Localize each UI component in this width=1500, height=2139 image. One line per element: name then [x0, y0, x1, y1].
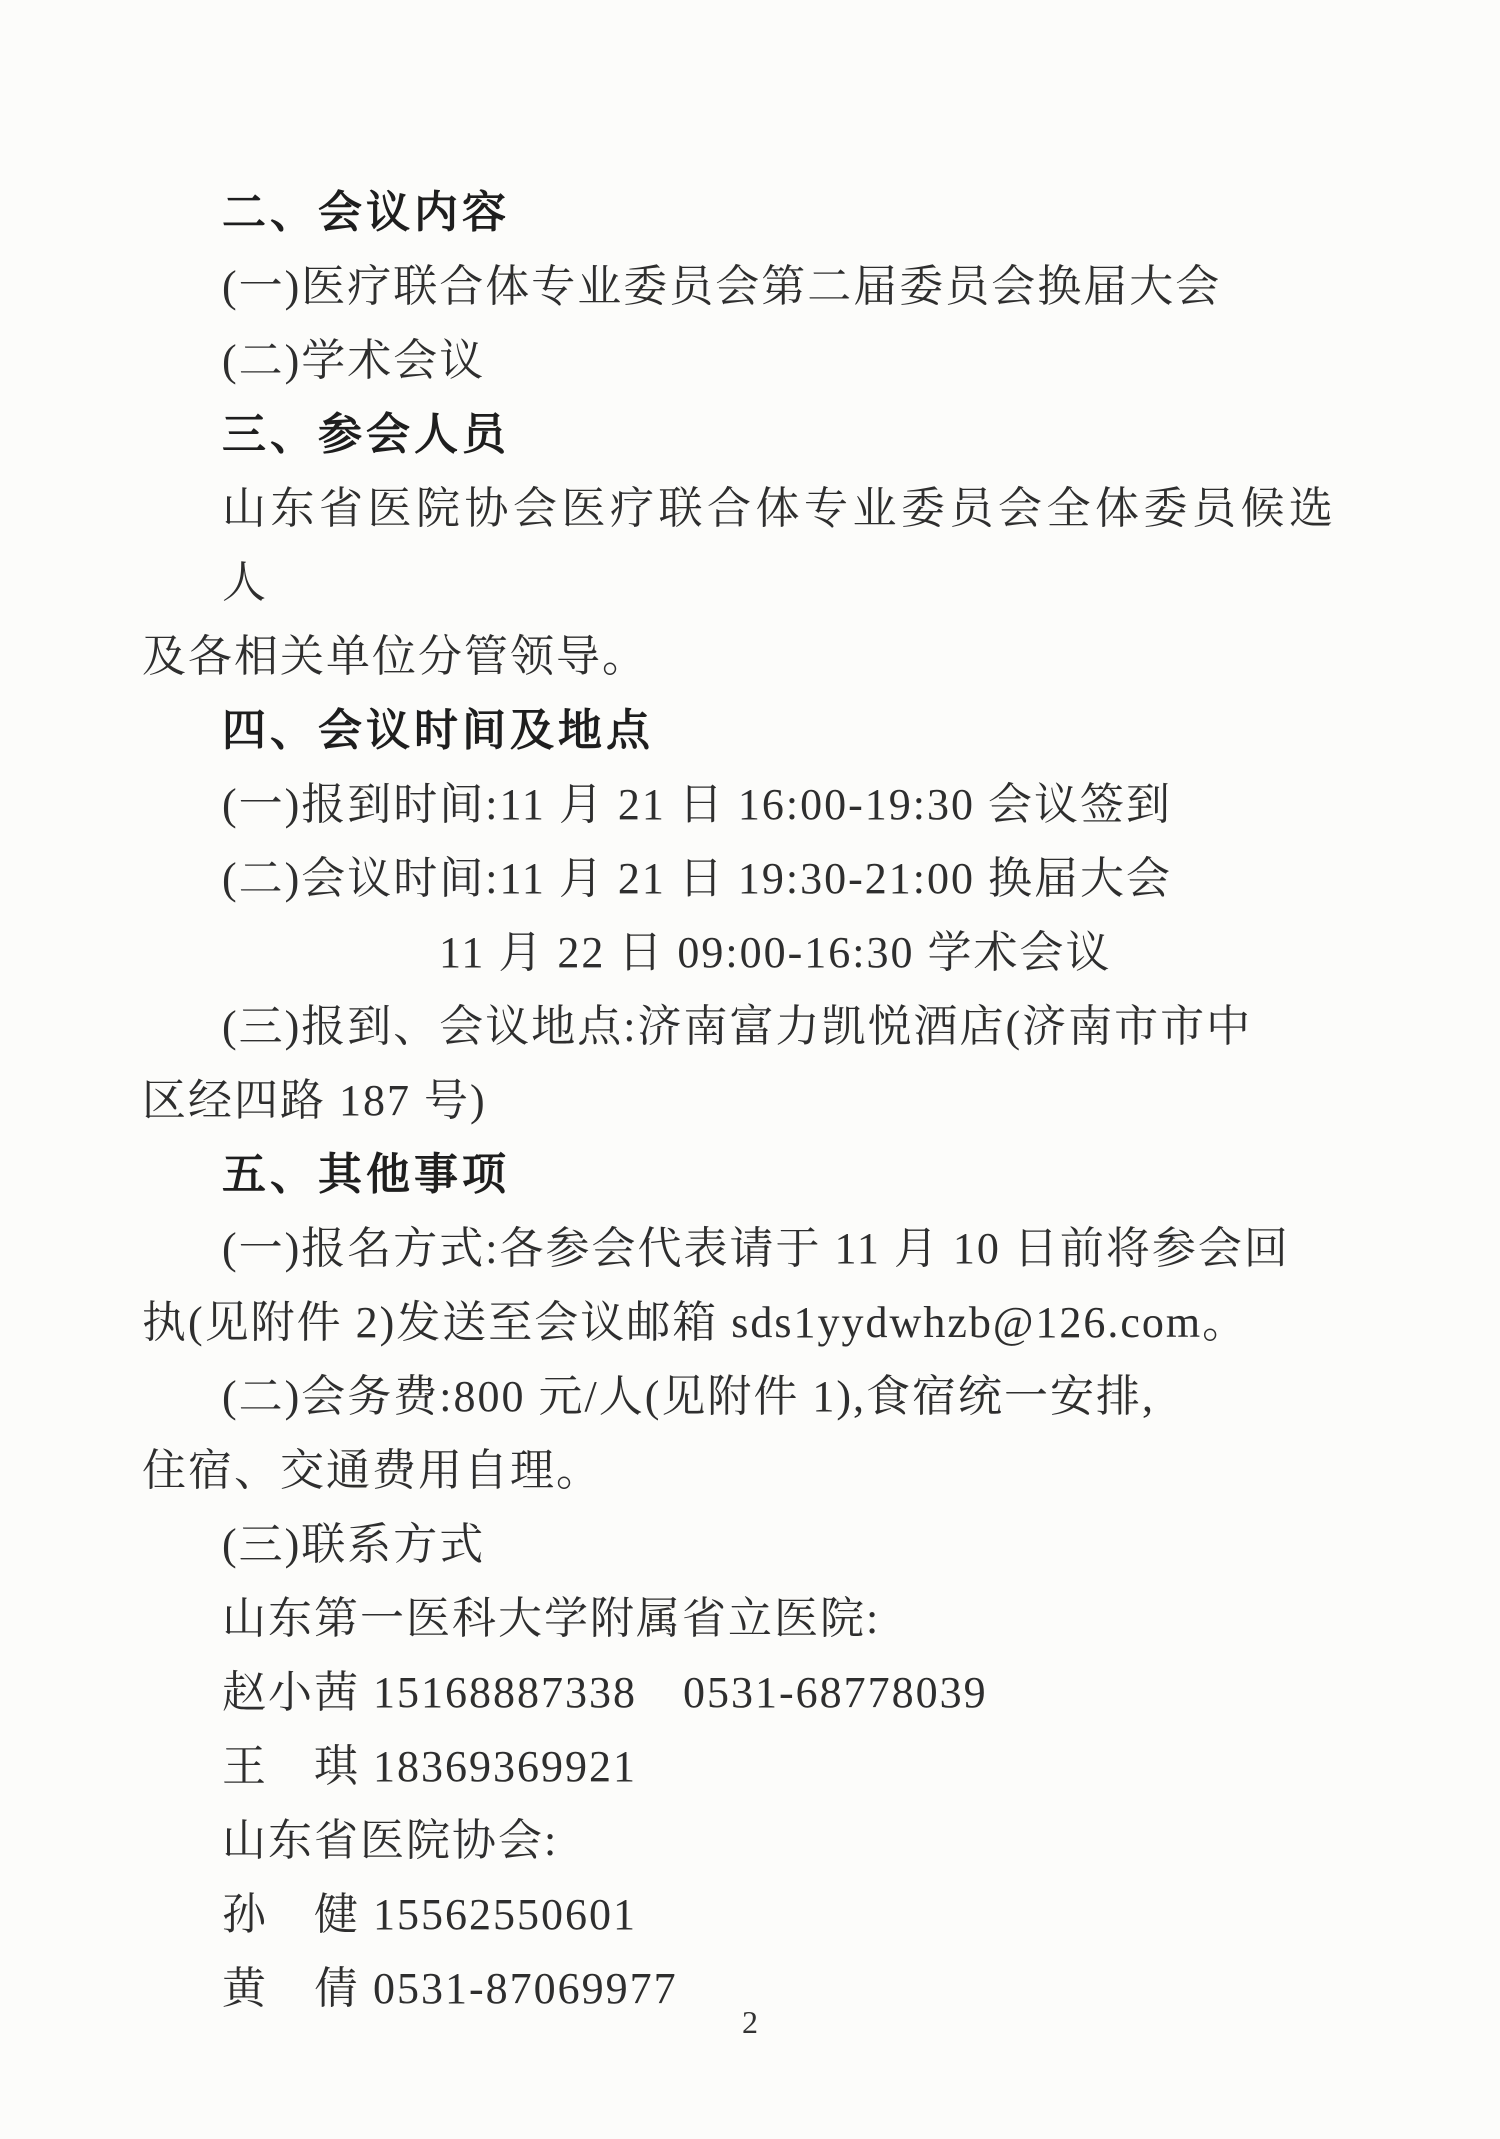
meeting-time-day2: 11 月 22 日 09:00-16:30 学术会议: [142, 916, 1374, 990]
contact-org-provincial-hospital: 山东第一医科大学附属省立医院:: [142, 1582, 1374, 1656]
item-2-conference-fee-line-2: 住宿、交通费用自理。: [142, 1434, 1374, 1508]
item-2-academic-conference: (二)学术会议: [142, 324, 1374, 398]
section-heading-3-participants: 三、参会人员: [142, 398, 1374, 472]
contact-person-zhao-xiaoqian: 赵小茜 15168887338 0531-68778039: [142, 1656, 1374, 1730]
participants-text-line-2: 及各相关单位分管领导。: [142, 620, 1374, 694]
section-heading-4-time-and-location: 四、会议时间及地点: [142, 694, 1374, 768]
page-number: 2: [0, 2004, 1500, 2041]
item-2-meeting-time-day1: (二)会议时间:11 月 21 日 19:30-21:00 换届大会: [142, 842, 1374, 916]
contact-person-sun-jian: 孙 健 15562550601: [142, 1878, 1374, 1952]
document-page: 二、会议内容 (一)医疗联合体专业委员会第二届委员会换届大会 (二)学术会议 三…: [0, 0, 1500, 2139]
contact-org-hospital-association: 山东省医院协会:: [142, 1804, 1374, 1878]
participants-text-line-1: 山东省医院协会医疗联合体专业委员会全体委员候选人: [142, 472, 1374, 620]
item-3-contact-info-heading: (三)联系方式: [142, 1508, 1374, 1582]
section-heading-2-meeting-content: 二、会议内容: [142, 176, 1374, 250]
item-1-committee-renewal-assembly: (一)医疗联合体专业委员会第二届委员会换届大会: [142, 250, 1374, 324]
section-heading-5-other-matters: 五、其他事项: [142, 1138, 1374, 1212]
item-2-conference-fee-line-1: (二)会务费:800 元/人(见附件 1),食宿统一安排,: [142, 1360, 1374, 1434]
item-3-venue-line-1: (三)报到、会议地点:济南富力凯悦酒店(济南市市中: [142, 990, 1374, 1064]
item-1-registration-method-line-1: (一)报名方式:各参会代表请于 11 月 10 日前将参会回: [142, 1212, 1374, 1286]
item-3-venue-line-2: 区经四路 187 号): [142, 1064, 1374, 1138]
item-1-registration-method-line-2: 执(见附件 2)发送至会议邮箱 sds1yydwhzb@126.com。: [142, 1286, 1374, 1360]
document-body: 二、会议内容 (一)医疗联合体专业委员会第二届委员会换届大会 (二)学术会议 三…: [142, 176, 1374, 2026]
contact-person-wang-qi: 王 琪 18369369921: [142, 1730, 1374, 1804]
item-1-registration-time: (一)报到时间:11 月 21 日 16:00-19:30 会议签到: [142, 768, 1374, 842]
